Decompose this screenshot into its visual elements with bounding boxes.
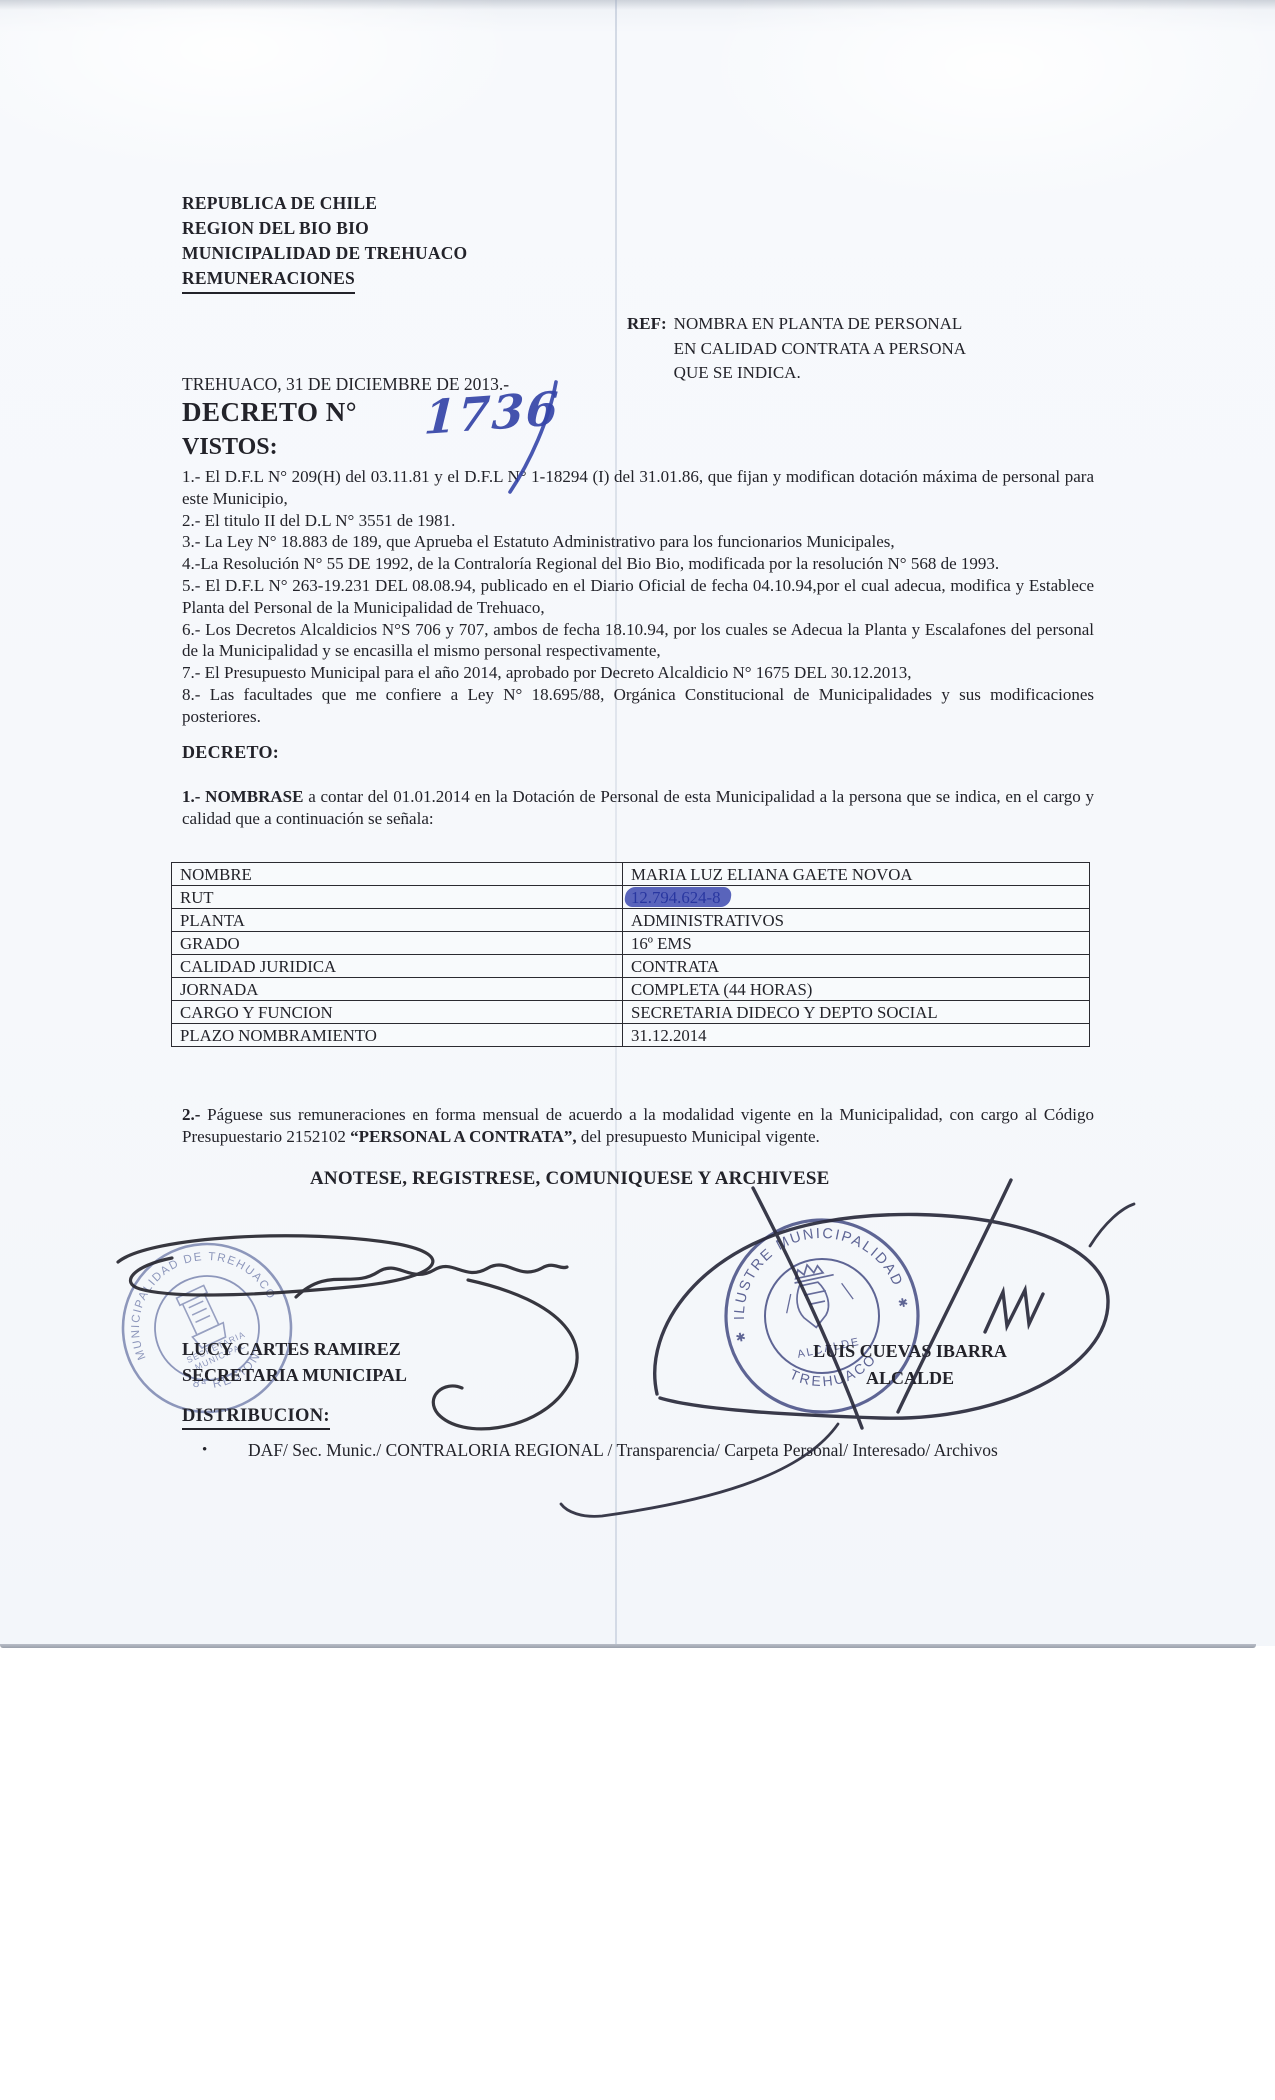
table-row: PLANTA ADMINISTRATIVOS (172, 909, 1089, 932)
letterhead-line: REGION DEL BIO BIO (182, 216, 467, 241)
mayor-signature-block: LUIS CUEVAS IBARRA ALCALDE (782, 1338, 1038, 1392)
vistos-item: 7.- El Presupuesto Municipal para el año… (182, 662, 1094, 684)
clause-2: 2.- Páguese sus remuneraciones en forma … (182, 1104, 1094, 1148)
vistos-item: 2.- El titulo II del D.L N° 3551 de 1981… (182, 510, 1094, 532)
vistos-heading: VISTOS: (182, 434, 278, 461)
paper-bottom-edge (0, 1644, 1256, 1648)
vistos-item: 8.- Las facultades que me confiere a Ley… (182, 684, 1094, 728)
distribution-block: DISTRIBUCION: • DAF/ Sec. Munic./ CONTRA… (182, 1406, 1057, 1463)
clause-1-text: a contar del 01.01.2014 en la Dotación d… (182, 787, 1094, 828)
table-row: CARGO Y FUNCION SECRETARIA DIDECO Y DEPT… (172, 1001, 1089, 1024)
row-value: MARIA LUZ ELIANA GAETE NOVOA (622, 863, 1089, 885)
ref-line: EN CALIDAD CONTRATA A PERSONA (674, 337, 966, 362)
clause-2-post: del presupuesto Municipal vigente. (577, 1127, 820, 1146)
row-label: RUT (172, 886, 622, 908)
row-label: PLANTA (172, 909, 622, 931)
row-value: CONTRATA (622, 955, 1089, 977)
vistos-item: 3.- La Ley N° 18.883 de 189, que Aprueba… (182, 531, 1094, 553)
row-value: 16º EMS (622, 932, 1089, 954)
scanned-decree-document: REPUBLICA DE CHILE REGION DEL BIO BIO MU… (0, 0, 1275, 2100)
distribution-item: • DAF/ Sec. Munic./ CONTRALORIA REGIONAL… (182, 1437, 1057, 1463)
row-label: PLAZO NOMBRAMIENTO (172, 1024, 622, 1046)
decree-number-heading: DECRETO N° (182, 397, 357, 428)
row-value: SECRETARIA DIDECO Y DEPTO SOCIAL (622, 1001, 1089, 1023)
table-row: JORNADA COMPLETA (44 HORAS) (172, 978, 1089, 1001)
redacted-rut-value: 12.794.624-8 (631, 887, 721, 908)
closing-formula: ANOTESE, REGISTRESE, COMUNIQUESE Y ARCHI… (310, 1168, 829, 1190)
decreto-heading: DECRETO: (182, 742, 279, 763)
ref-block: REF: NOMBRA EN PLANTA DE PERSONAL EN CAL… (627, 312, 966, 386)
row-label: CARGO Y FUNCION (172, 1001, 622, 1023)
vistos-item: 5.- El D.F.L N° 263-19.231 DEL 08.08.94,… (182, 575, 1094, 619)
vistos-item: 4.-La Resolución N° 55 DE 1992, de la Co… (182, 553, 1094, 575)
letterhead: REPUBLICA DE CHILE REGION DEL BIO BIO MU… (182, 191, 467, 294)
row-value: ADMINISTRATIVOS (622, 909, 1089, 931)
row-label: CALIDAD JURIDICA (172, 955, 622, 977)
vistos-item: 1.- El D.F.L N° 209(H) del 03.11.81 y el… (182, 466, 1094, 510)
row-label: NOMBRE (172, 863, 622, 885)
clause-2-emph: “PERSONAL A CONTRATA”, (350, 1127, 577, 1146)
ref-line: QUE SE INDICA. (674, 361, 966, 386)
table-row: GRADO 16º EMS (172, 932, 1089, 955)
vistos-item: 6.- Los Decretos Alcaldicios N°S 706 y 7… (182, 619, 1094, 663)
table-row: NOMBRE MARIA LUZ ELIANA GAETE NOVOA (172, 863, 1089, 886)
secretary-name: LUCY CARTES RAMIREZ (182, 1336, 407, 1362)
bullet-marker: • (182, 1437, 248, 1463)
ref-line: NOMBRA EN PLANTA DE PERSONAL (674, 312, 966, 337)
table-row: PLAZO NOMBRAMIENTO 31.12.2014 (172, 1024, 1089, 1046)
row-value: COMPLETA (44 HORAS) (622, 978, 1089, 1000)
row-label: GRADO (172, 932, 622, 954)
handwritten-decree-number: 1736 (423, 381, 562, 445)
secretary-title: SECRETARIA MUNICIPAL (182, 1362, 407, 1388)
letterhead-line-underlined: REMUNERACIONES (182, 266, 355, 294)
letterhead-line: MUNICIPALIDAD DE TREHUACO (182, 241, 467, 266)
clause-1-lead: 1.- NOMBRASE (182, 787, 303, 806)
table-row: CALIDAD JURIDICA CONTRATA (172, 955, 1089, 978)
vistos-list: 1.- El D.F.L N° 209(H) del 03.11.81 y el… (182, 466, 1094, 728)
appointment-table: NOMBRE MARIA LUZ ELIANA GAETE NOVOA RUT … (171, 862, 1090, 1047)
clause-2-num: 2.- (182, 1105, 200, 1124)
table-row: RUT 12.794.624-8 (172, 886, 1089, 909)
mayor-title: ALCALDE (782, 1365, 1038, 1392)
row-label: JORNADA (172, 978, 622, 1000)
distribution-item-text: DAF/ Sec. Munic./ CONTRALORIA REGIONAL /… (248, 1437, 1057, 1463)
distribution-heading: DISTRIBUCION: (182, 1406, 330, 1430)
letterhead-line: REPUBLICA DE CHILE (182, 191, 467, 216)
row-value: 31.12.2014 (622, 1024, 1089, 1046)
scan-top-shadow (0, 0, 1275, 10)
secretary-signature-block: LUCY CARTES RAMIREZ SECRETARIA MUNICIPAL (182, 1336, 407, 1388)
clause-1: 1.- NOMBRASE a contar del 01.01.2014 en … (182, 786, 1094, 830)
mayor-name: LUIS CUEVAS IBARRA (782, 1338, 1038, 1365)
ref-label: REF: (627, 312, 667, 386)
